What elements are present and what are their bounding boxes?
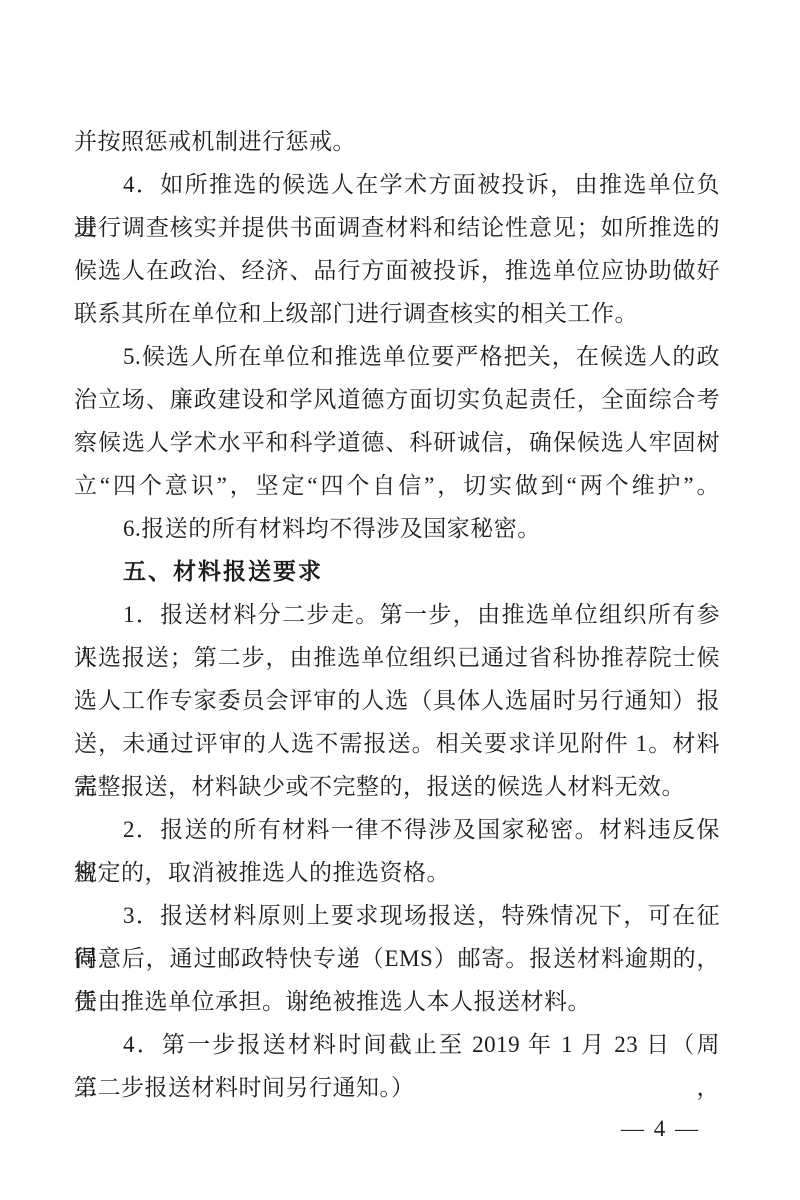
text-line: 选人工作专家委员会评审的人选（具体人选届时另行通知）报 bbox=[74, 679, 720, 722]
text-line: 候选人在政治、经济、品行方面被投诉，推选单位应协助做好 bbox=[74, 249, 720, 292]
text-line: 送，未通过评审的人选不需报送。相关要求详见附件 1。材料需 bbox=[74, 722, 720, 765]
text-line: 治立场、廉政建设和学风道德方面切实负起责任，全面综合考 bbox=[74, 378, 720, 421]
text-line: 并按照惩戒机制进行惩戒。 bbox=[74, 120, 720, 163]
text-line: 4．第一步报送材料时间截止至 2019 年 1 月 23 日（周三）， bbox=[74, 1023, 720, 1066]
text-line: 1．报送材料分二步走。第一步，由推选单位组织所有参评 bbox=[74, 593, 720, 636]
document-page: 并按照惩戒机制进行惩戒。 4．如所推选的候选人在学术方面被投诉，由推选单位负责 … bbox=[0, 0, 800, 1200]
text-line: 联系其所在单位和上级部门进行调查核实的相关工作。 bbox=[74, 292, 720, 335]
text-line: 规定的，取消被推选人的推选资格。 bbox=[74, 851, 720, 894]
text-line: 人选报送；第二步，由推选单位组织已通过省科协推荐院士候 bbox=[74, 636, 720, 679]
text-line: 4．如所推选的候选人在学术方面被投诉，由推选单位负责 bbox=[74, 163, 720, 206]
section-heading: 五、材料报送要求 bbox=[74, 550, 720, 593]
text-line: 3．报送材料原则上要求现场报送，特殊情况下，可在征得 bbox=[74, 894, 720, 937]
text-line: 察候选人学术水平和科学道德、科研诚信，确保候选人牢固树 bbox=[74, 421, 720, 464]
page-number: — 4 — bbox=[621, 1114, 700, 1144]
text-line: 任由推选单位承担。谢绝被推选人本人报送材料。 bbox=[74, 980, 720, 1023]
document-body: 并按照惩戒机制进行惩戒。 4．如所推选的候选人在学术方面被投诉，由推选单位负责 … bbox=[74, 120, 720, 1109]
text-line: 完整报送，材料缺少或不完整的，报送的候选人材料无效。 bbox=[74, 765, 720, 808]
text-line: 立“四个意识”，坚定“四个自信”，切实做到“两个维护”。 bbox=[74, 464, 720, 507]
text-line: 5.候选人所在单位和推选单位要严格把关，在候选人的政 bbox=[74, 335, 720, 378]
text-line: 6.报送的所有材料均不得涉及国家秘密。 bbox=[74, 507, 720, 550]
text-line: 2．报送的所有材料一律不得涉及国家秘密。材料违反保密 bbox=[74, 808, 720, 851]
text-line: 进行调查核实并提供书面调查材料和结论性意见；如所推选的 bbox=[74, 206, 720, 249]
text-line: 同意后，通过邮政特快专递（EMS）邮寄。报送材料逾期的，责 bbox=[74, 937, 720, 980]
